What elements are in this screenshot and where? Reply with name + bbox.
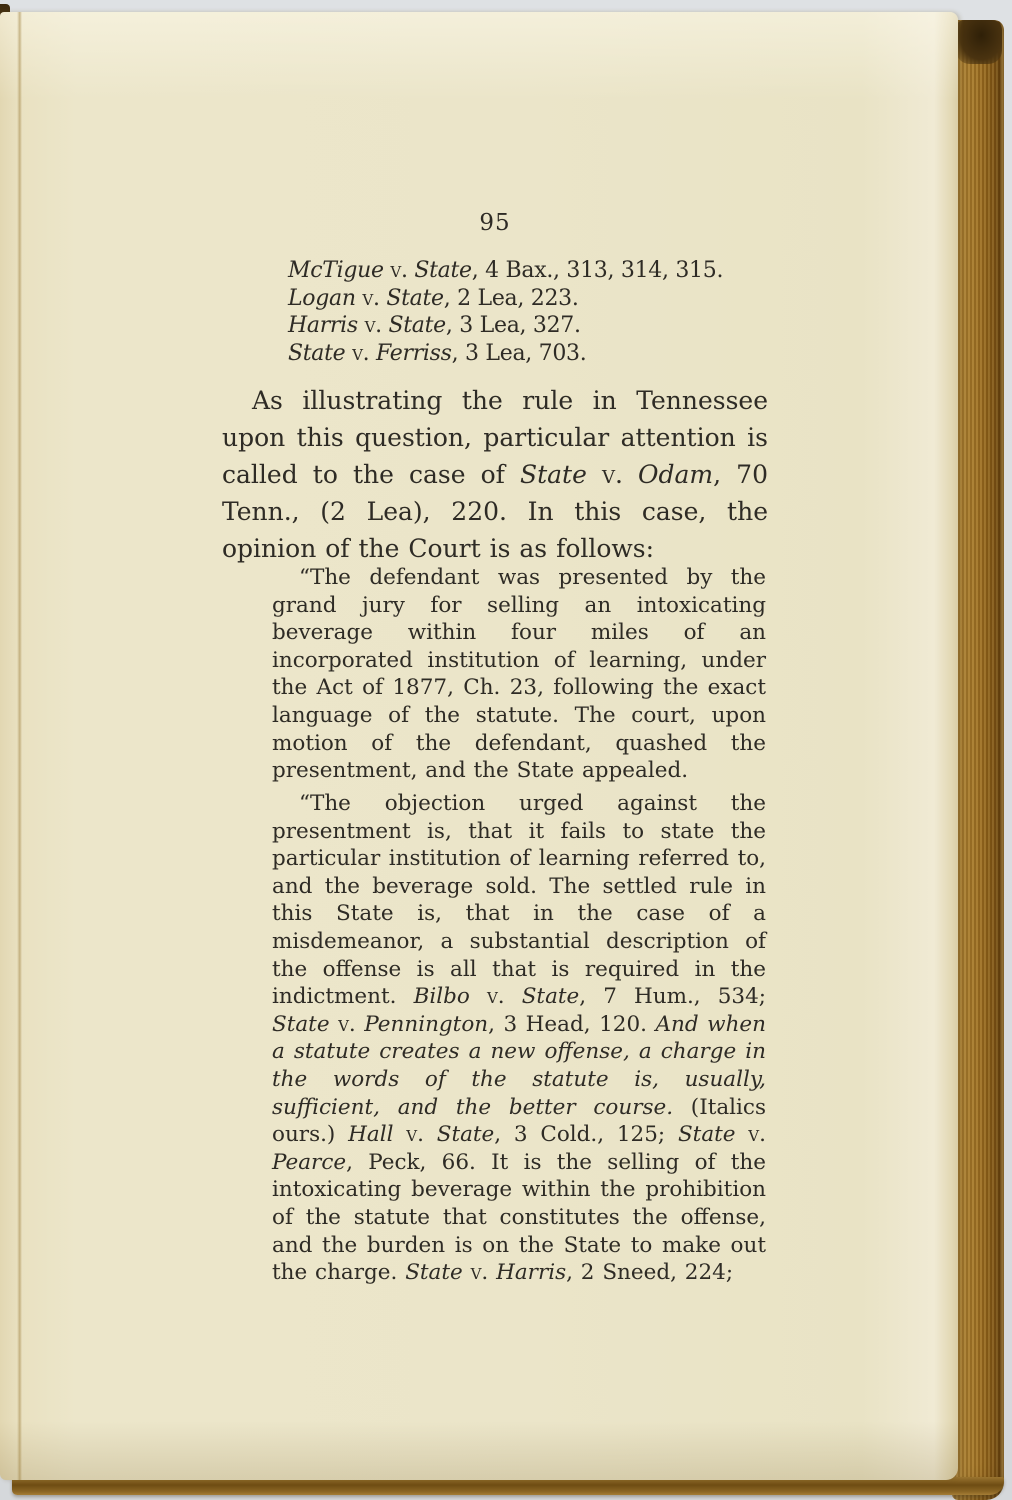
citation-list: McTigue v. State, 4 Bax., 313, 314, 315.… — [288, 257, 723, 367]
intro-paragraph: As illustrating the rule in Tennessee up… — [222, 382, 768, 567]
book-page: 95 McTigue v. State, 4 Bax., 313, 314, 3… — [0, 12, 958, 1480]
citation-line: Logan v. State, 2 Lea, 223. — [288, 285, 723, 313]
book-photo: 95 McTigue v. State, 4 Bax., 313, 314, 3… — [0, 0, 1012, 1500]
book-fore-edge — [952, 20, 1004, 1500]
page-number: 95 — [222, 210, 768, 236]
citation-line: Harris v. State, 3 Lea, 327. — [288, 312, 723, 340]
blockquote-objection-urged: “The objection urged against the present… — [272, 790, 766, 1287]
fore-edge-top-shadow — [956, 20, 1002, 64]
citation-line: McTigue v. State, 4 Bax., 313, 314, 315. — [288, 257, 723, 285]
blockquote-defendant-presented: “The defendant was presented by the gran… — [272, 564, 766, 785]
gutter-crease — [17, 12, 22, 1480]
citation-line: State v. Ferriss, 3 Lea, 703. — [288, 340, 723, 368]
